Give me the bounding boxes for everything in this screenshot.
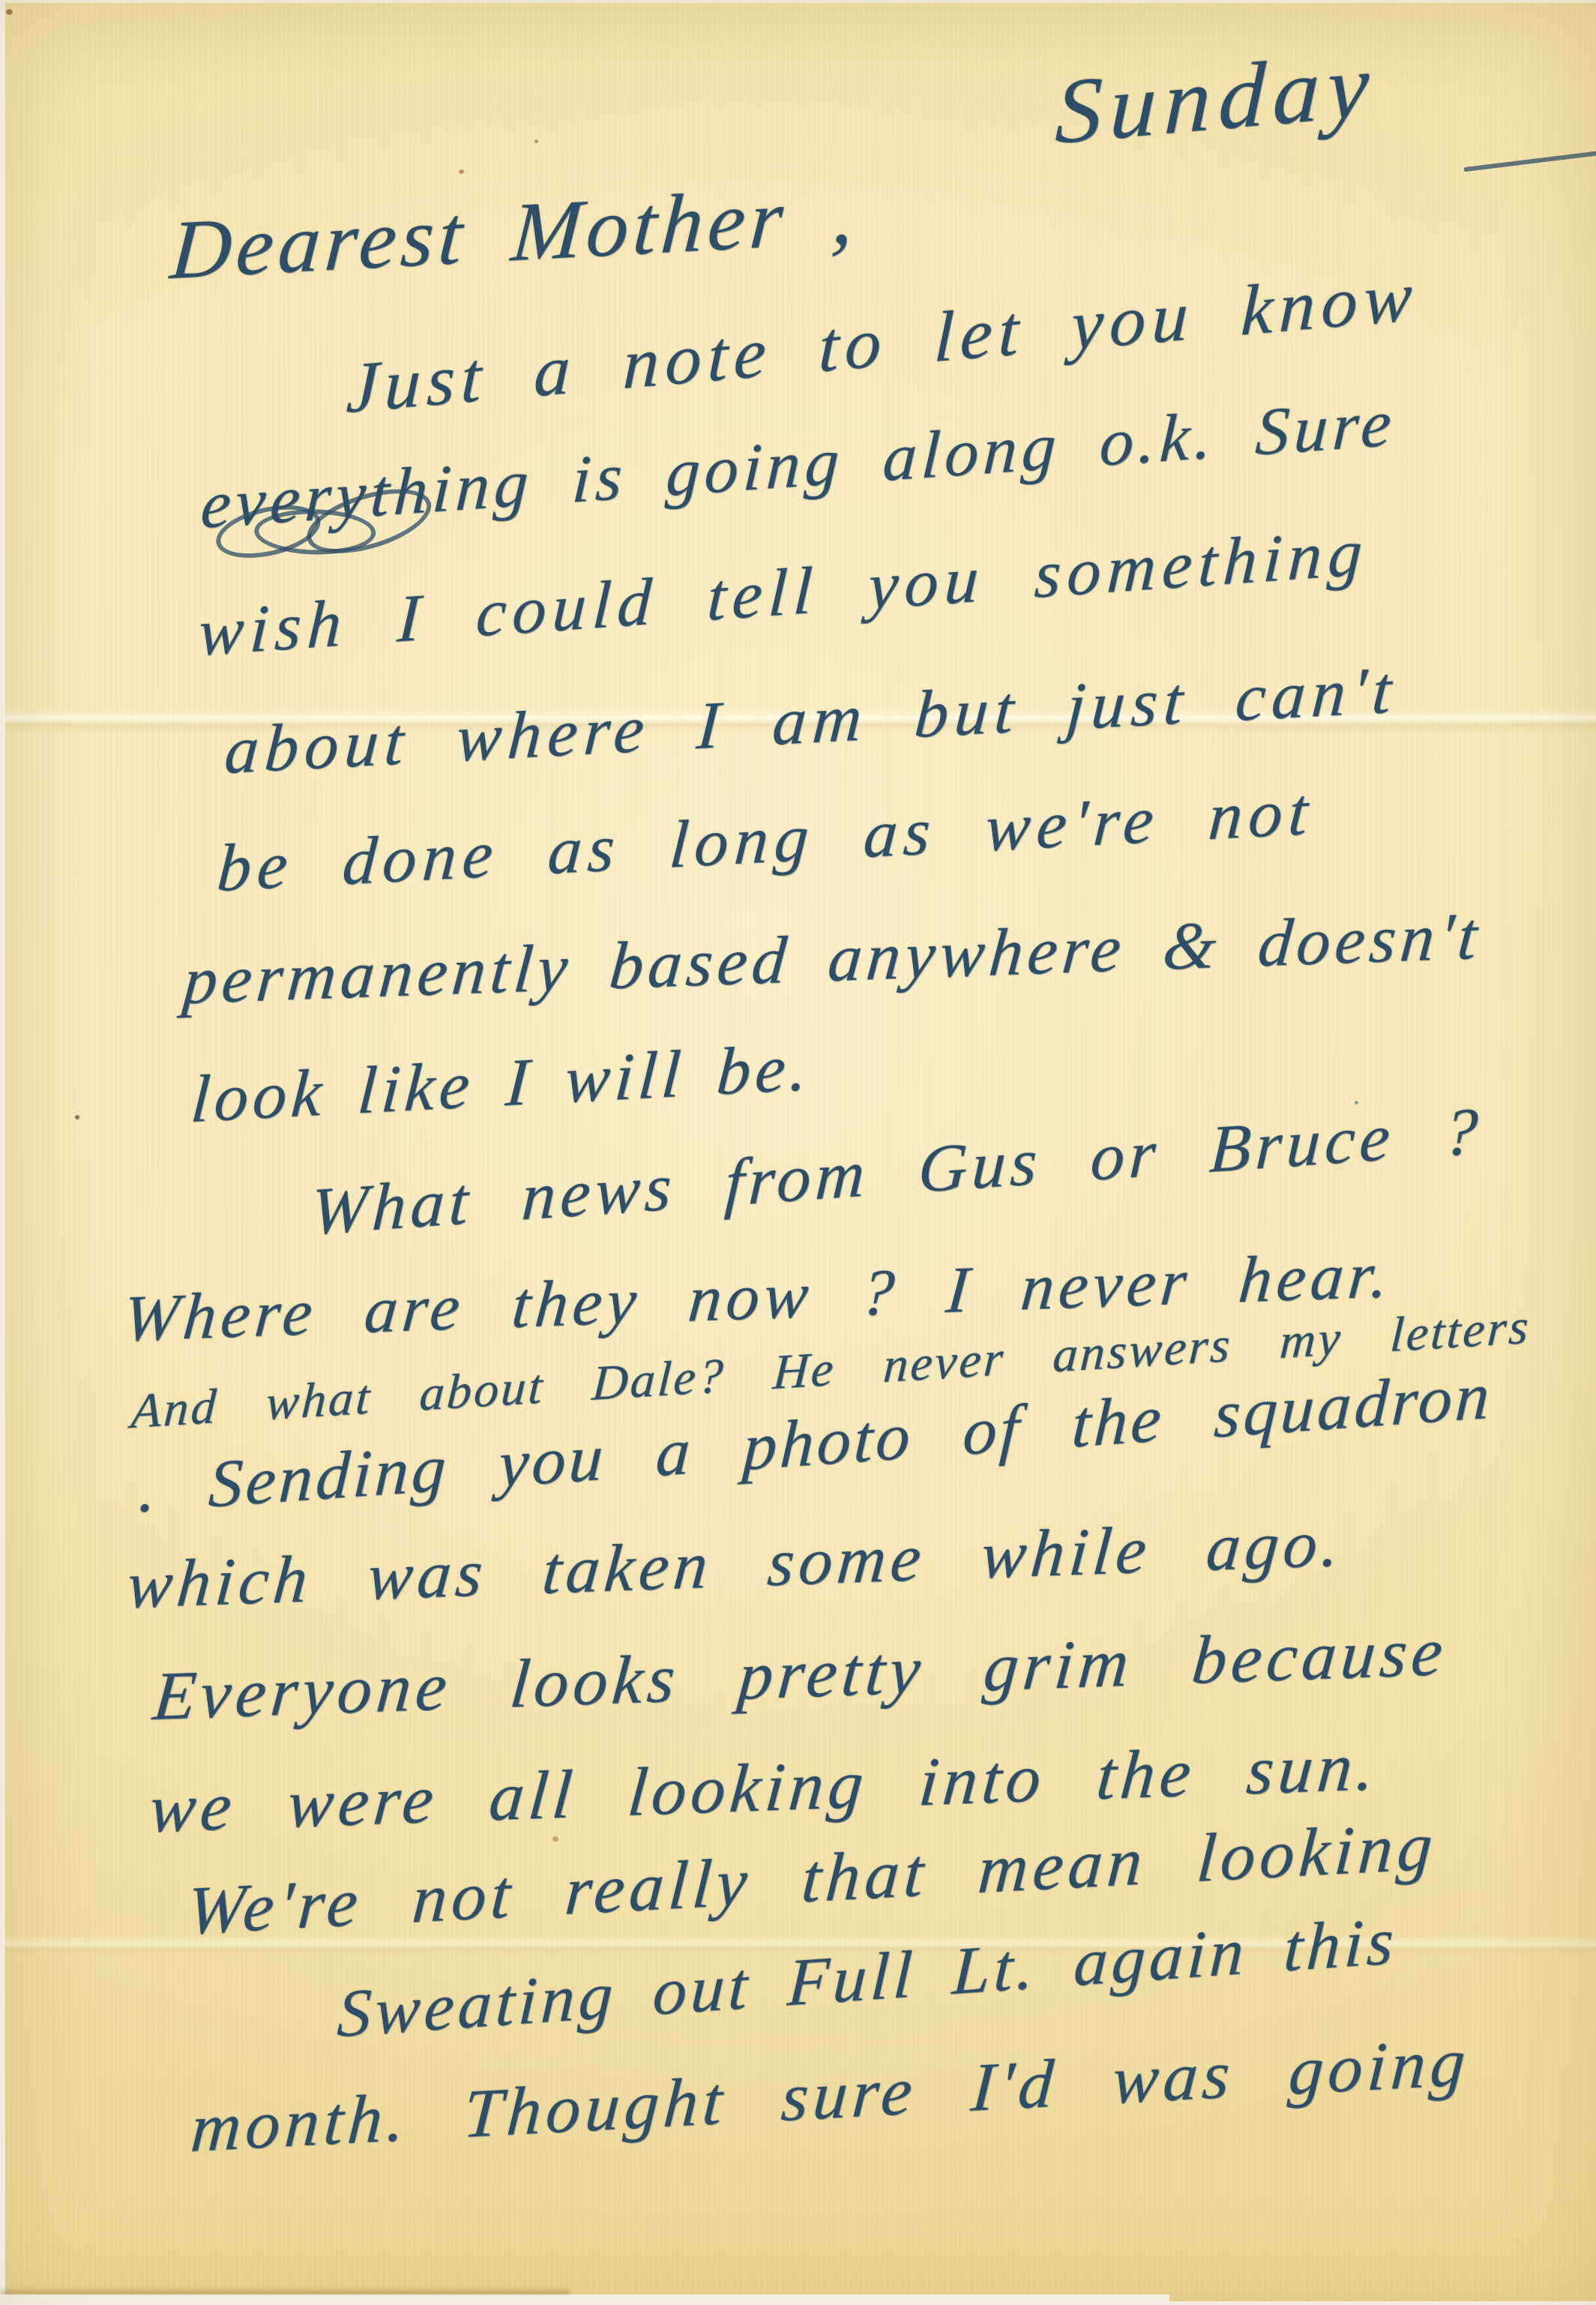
paper-speck [534, 139, 538, 143]
letter-line: about where I am but just can't [223, 657, 1400, 785]
letter-line: Everyone looks pretty grim because [151, 1617, 1450, 1731]
paper-speck [75, 1115, 79, 1120]
letter-line: permanently based anywhere & doesn't [181, 903, 1484, 1015]
letter-line: which was taken some while ago. [124, 1510, 1346, 1620]
letter-page: Sunday Dearest Mother , Just a note to l… [0, 0, 1596, 2305]
paper-speck [6, 9, 13, 15]
pen-flourish [1463, 151, 1596, 172]
letter-date: Sunday [1054, 38, 1378, 159]
paper-speck [552, 1836, 558, 1842]
paper-speck [459, 169, 464, 174]
scan-edge-top [0, 0, 1596, 3]
scan-edge-left [0, 0, 5, 2305]
letter-line: be done as long as we're not [215, 778, 1316, 903]
letter-line: look like I will be. [189, 1034, 814, 1134]
scan-edge-bottom [0, 2295, 1169, 2305]
letter-salutation: Dearest Mother , [168, 172, 861, 292]
